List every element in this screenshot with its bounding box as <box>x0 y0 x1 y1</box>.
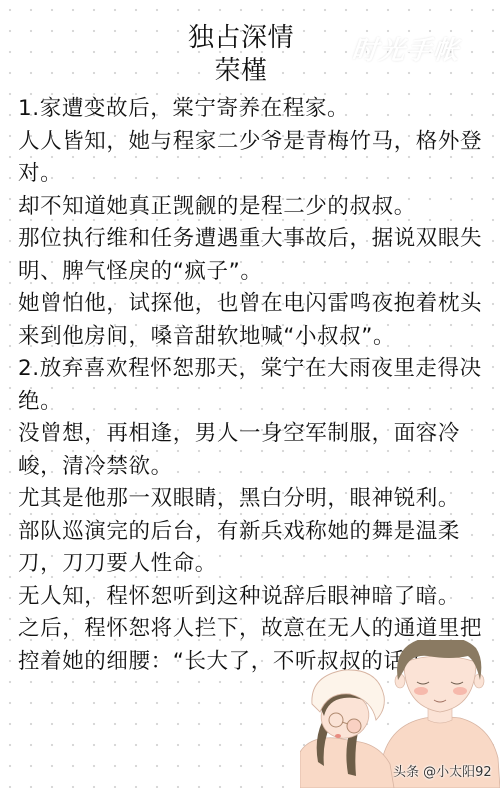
text-line: 1.家遭变故后，棠宁寄养在程家。 <box>18 93 480 126</box>
brand-watermark: 时光手帐 <box>350 30 462 67</box>
text-line: 绝。 <box>18 386 480 419</box>
synopsis-text: 1.家遭变故后，棠宁寄养在程家。 人人皆知，她与程家二少爷是青梅竹马，格外登 对… <box>18 93 480 678</box>
page: 独占深情 荣槿 时光手帐 1.家遭变故后，棠宁寄养在程家。 人人皆知，她与程家二… <box>0 0 500 788</box>
text-line: 却不知道她真正觊觎的是程二少的叔叔。 <box>18 191 480 224</box>
text-line: 峻，清冷禁欲。 <box>18 451 480 484</box>
text-line: 那位执行维和任务遭遇重大事故后，据说双眼失 <box>18 223 480 256</box>
text-line: 刀，刀刀要人性命。 <box>18 548 480 581</box>
text-line: 对。 <box>18 158 480 191</box>
author-tag: 头条 @小太阳92 <box>393 761 492 780</box>
text-line: 她曾怕他，试探他，也曾在电闪雷鸣夜抱着枕头 <box>18 288 480 321</box>
text-line: 无人知，程怀恕听到这种说辞后眼神暗了暗。 <box>18 581 480 614</box>
text-line: 人人皆知，她与程家二少爷是青梅竹马，格外登 <box>18 126 480 159</box>
text-line: 部队巡演完的后台，有新兵戏称她的舞是温柔 <box>18 516 480 549</box>
text-line: 明、脾气怪戾的“疯子”。 <box>18 256 480 289</box>
text-line: 没曾想，再相逢，男人一身空军制服，面容冷 <box>18 418 480 451</box>
text-line: 尤其是他那一双眼睛，黑白分明，眼神锐利。 <box>18 483 480 516</box>
text-line: 2.放弃喜欢程怀恕那天，棠宁在大雨夜里走得决 <box>18 353 480 386</box>
text-line: 来到他房间，嗓音甜软地喊“小叔叔”。 <box>18 321 480 354</box>
